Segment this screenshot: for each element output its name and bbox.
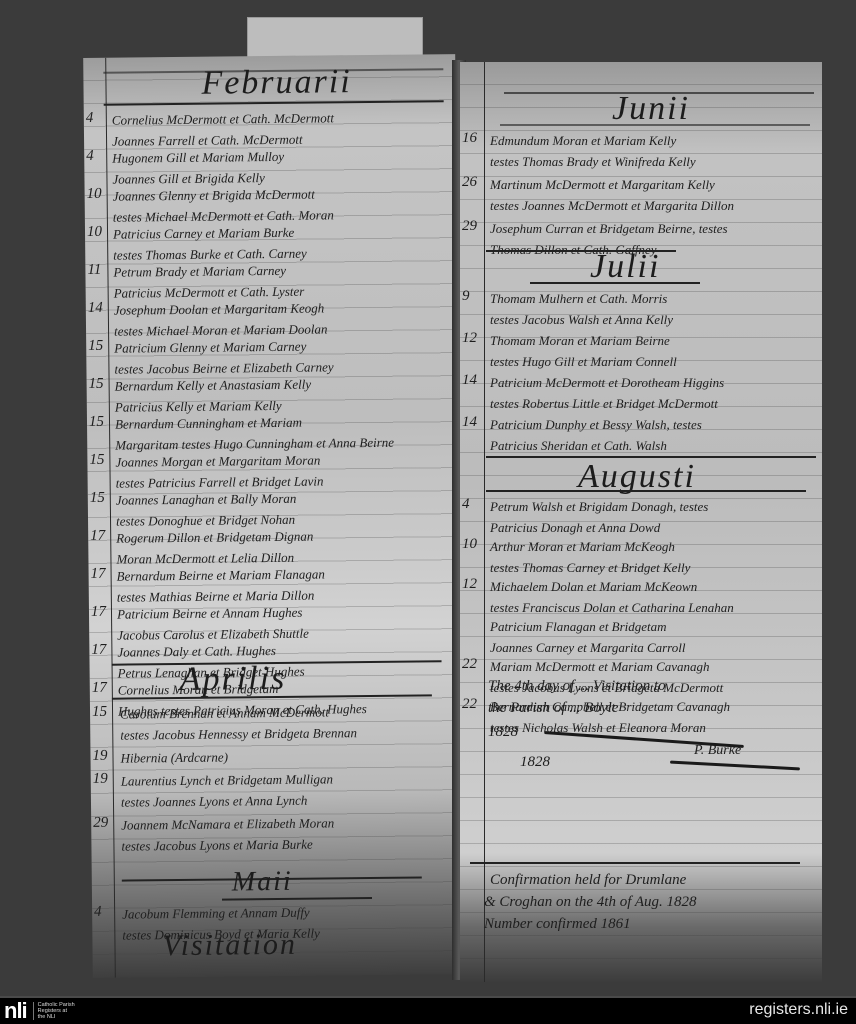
entry-line: testes Franciscus Dolan et Catharina Len… xyxy=(490,597,734,618)
entry-day: 22 xyxy=(462,656,477,673)
entry-day: 4 xyxy=(94,904,102,921)
confirmation-note-line-3: Number confirmed 1861 xyxy=(484,914,631,935)
divider xyxy=(486,490,806,492)
entry-day: 15 xyxy=(92,704,107,721)
site-link[interactable]: registers.nli.ie xyxy=(749,1001,848,1019)
entry-line: Joannes Glenny et Brigida McDermott xyxy=(113,184,315,207)
entry-line: testes Jacobus Hennessy et Bridgeta Bren… xyxy=(120,722,357,745)
entry-day: 29 xyxy=(462,218,477,235)
entry-line: Patricius Donagh et Anna Dowd xyxy=(490,517,660,538)
entry-line: Petrum Walsh et Brigidam Donagh, testes xyxy=(490,496,708,517)
logo-text: Catholic Parish Registers at the NLI xyxy=(38,1002,78,1020)
entry-line: Martinum McDermott et Margaritam Kelly xyxy=(490,174,715,195)
entry-day: 15 xyxy=(89,376,104,393)
entry-line: Hugonem Gill et Mariam Mulloy xyxy=(112,146,284,169)
entry-line: Bernardum Beirne et Mariam Flanagan xyxy=(117,563,325,586)
entry-day: 15 xyxy=(88,338,103,355)
entry-day: 29 xyxy=(93,815,108,832)
footer-scrawl: Visitation xyxy=(162,928,297,963)
entry-line: Patricium Beirne et Annam Hughes xyxy=(117,602,303,625)
entry-line: Bernardum Cunningham et Mariam xyxy=(115,412,302,435)
entry-line: Josephum Curran et Bridgetam Beirne, tes… xyxy=(490,218,728,239)
entry-line: testes Hugo Gill et Mariam Connell xyxy=(490,351,677,372)
entry-day: 12 xyxy=(462,330,477,347)
visitation-note-line-2: the Parish of ... Boyle xyxy=(488,698,618,719)
entry-line: Carolum Brennan et Annam McDermott xyxy=(120,701,329,724)
entry-day: 4 xyxy=(86,148,94,165)
signature: P. Burke xyxy=(694,740,741,761)
entry-day: 19 xyxy=(92,748,107,765)
month-heading-aprilis: Aprilis xyxy=(180,660,287,699)
register-image-viewer[interactable]: Februarii 4Cornelius McDermott et Cath. … xyxy=(0,0,856,996)
divider xyxy=(530,282,700,284)
entry-line: Thomam Mulhern et Cath. Morris xyxy=(490,288,667,309)
entry-line: testes Robertus Little et Bridget McDerm… xyxy=(490,393,718,414)
entry-day: 22 xyxy=(462,696,477,713)
entry-line: Patricium Dunphy et Bessy Walsh, testes xyxy=(490,414,702,435)
divider xyxy=(0,996,856,998)
entry-line: Bernardum Kelly et Anastasiam Kelly xyxy=(115,374,312,397)
entry-line: Patricium Flanagan et Bridgetam xyxy=(490,616,667,637)
entry-day: 15 xyxy=(89,414,104,431)
entry-day: 14 xyxy=(88,300,103,317)
entry-line: testes Jacobus Walsh et Anna Kelly xyxy=(490,309,673,330)
nli-logo[interactable]: nli Catholic Parish Registers at the NLI xyxy=(4,1000,78,1022)
entry-line: Joannes Lanaghan et Bally Moran xyxy=(116,488,297,511)
entry-line: Joannes Morgan et Margaritam Moran xyxy=(115,450,320,473)
divider xyxy=(500,124,810,126)
entry-line: Joannes Carney et Margarita Carroll xyxy=(490,637,685,658)
entry-line: Jacobum Flemming et Annam Duffy xyxy=(122,902,310,925)
entry-line: testes Joannes Lyons et Anna Lynch xyxy=(121,790,308,813)
entry-line: Thomam Moran et Mariam Beirne xyxy=(490,330,670,351)
month-heading-julii: Julii xyxy=(590,248,660,286)
entry-line: testes Thomas Brady et Winifreda Kelly xyxy=(490,151,696,172)
entry-line: Joannem McNamara et Elizabeth Moran xyxy=(121,812,334,835)
entry-day: 14 xyxy=(462,372,477,389)
entry-line: Patricius Sheridan et Cath. Walsh xyxy=(490,435,667,456)
entry-day: 17 xyxy=(91,566,106,583)
entry-line: Hibernia (Ardcarne) xyxy=(120,746,228,768)
confirmation-note-line-2: & Croghan on the 4th of Aug. 1828 xyxy=(484,892,697,913)
entry-day: 4 xyxy=(86,110,94,127)
entry-day: 17 xyxy=(90,528,105,545)
entry-line: Arthur Moran et Mariam McKeogh xyxy=(490,536,675,557)
entry-line: testes Jacobus Lyons et Maria Burke xyxy=(121,834,313,857)
divider xyxy=(470,862,800,864)
entry-line: Michaelem Dolan et Mariam McKeown xyxy=(490,576,697,597)
logo-divider xyxy=(33,1002,34,1020)
entry-line: Cornelius McDermott et Cath. McDermott xyxy=(112,107,334,130)
entry-line: Patricium Glenny et Mariam Carney xyxy=(114,336,306,359)
confirmation-note-line-1: Confirmation held for Drumlane xyxy=(490,870,686,891)
visitation-note-line-1: The 4th day of ... Visitation to xyxy=(488,676,666,697)
entry-day: 16 xyxy=(462,130,477,147)
entry-day: 17 xyxy=(91,642,106,659)
margin-line xyxy=(484,62,485,982)
entry-day: 15 xyxy=(90,490,105,507)
entry-line: testes Joannes McDermott et Margarita Di… xyxy=(490,195,734,216)
entry-day: 17 xyxy=(91,604,106,621)
entry-day: 11 xyxy=(87,262,101,279)
logo-text-line: the NLI xyxy=(38,1014,78,1020)
entry-day: 10 xyxy=(87,224,102,241)
entry-day: 14 xyxy=(462,414,477,431)
entry-day: 19 xyxy=(93,771,108,788)
footer-bar: nli Catholic Parish Registers at the NLI… xyxy=(0,996,856,1024)
entry-day: 17 xyxy=(92,680,107,697)
entry-line: Patricium McDermott et Dorotheam Higgins xyxy=(490,372,724,393)
entry-line: Josephum Doolan et Margaritam Keogh xyxy=(114,297,325,320)
month-heading-maii: Maii xyxy=(232,866,293,899)
nli-logo-mark: nli xyxy=(4,1000,27,1022)
entry-line: Laurentius Lynch et Bridgetam Mulligan xyxy=(121,768,333,791)
entry-day: 12 xyxy=(462,576,477,593)
register-page-right: Junii 16Edmundum Moran et Mariam Kellyte… xyxy=(460,62,822,982)
month-heading-junii: Junii xyxy=(612,90,690,128)
entry-day: 10 xyxy=(87,186,102,203)
register-page-left: Februarii 4Cornelius McDermott et Cath. … xyxy=(83,54,465,978)
entry-day: 9 xyxy=(462,288,470,305)
entry-line: Rogerum Dillon et Bridgetam Dignan xyxy=(116,526,313,549)
visitation-note-line-3: 1828 xyxy=(488,722,518,743)
entry-line: Petrum Brady et Mariam Carney xyxy=(113,260,286,283)
entry-day: 15 xyxy=(89,452,104,469)
entry-line: Patricius Carney et Mariam Burke xyxy=(113,222,294,245)
entry-line: testes Thomas Carney et Bridget Kelly xyxy=(490,557,690,578)
month-heading-februarii: Februarii xyxy=(201,63,352,103)
entry-day: 4 xyxy=(462,496,470,513)
entry-line: Edmundum Moran et Mariam Kelly xyxy=(490,130,676,151)
entry-line: Mariam McDermott et Mariam Cavanagh xyxy=(490,656,710,677)
year-note: 1828 xyxy=(520,752,550,773)
entry-day: 26 xyxy=(462,174,477,191)
entry-day: 10 xyxy=(462,536,477,553)
